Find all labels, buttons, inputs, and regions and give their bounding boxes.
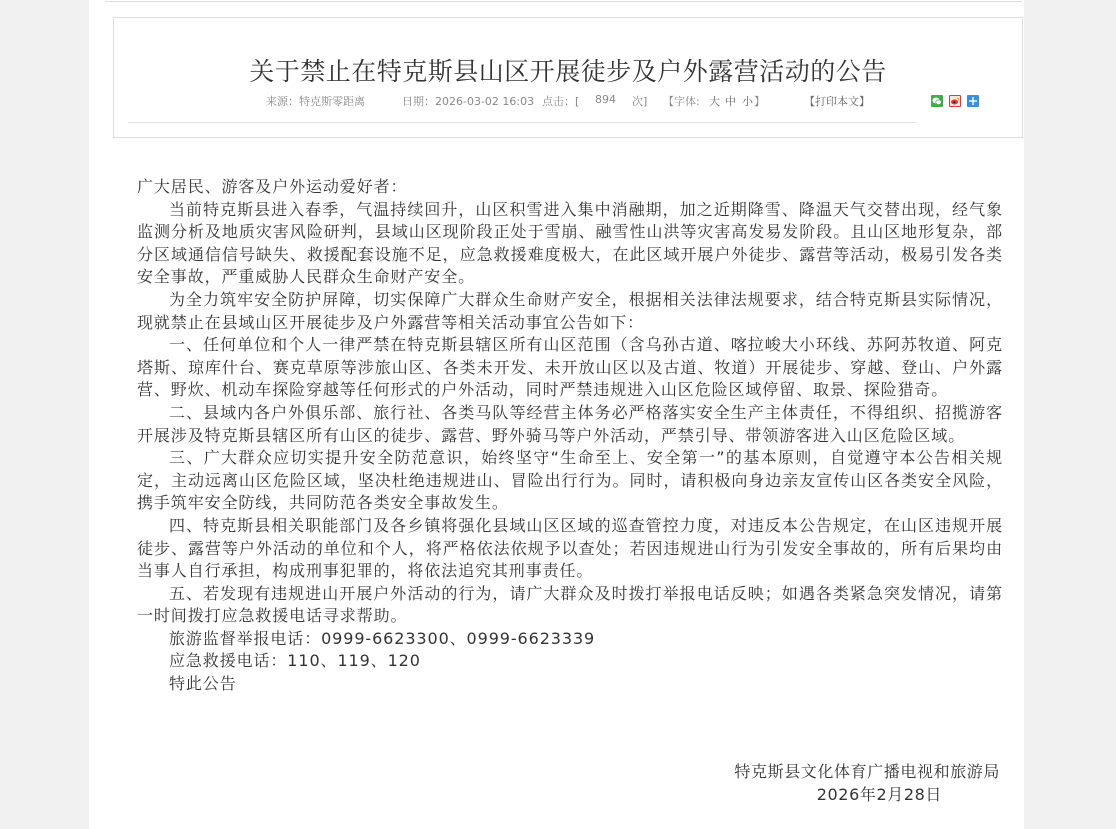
tourism-hotline: 旅游监督举报电话：0999-6623300、0999-6623339 <box>137 628 1003 651</box>
emergency-hotline: 应急救援电话：110、119、120 <box>137 650 1003 673</box>
publish-date: 日期：2026-03-02 16:03 <box>402 93 534 109</box>
article-header: 关于禁止在特克斯县山区开展徒步及户外露营活动的公告 来源：特克斯零距离 日期：2… <box>113 17 1023 138</box>
paragraph-rule-3: 三、广大群众应切实提升安全防范意识，始终坚守“生命至上、安全第一”的基本原则，自… <box>137 447 1003 515</box>
clicks-suffix: 次] <box>632 93 647 109</box>
paragraph-rule-1: 一、任何单位和个人一律严禁在特克斯县辖区所有山区范围（含乌孙古道、喀拉峻大小环线… <box>137 334 1003 402</box>
font-size-prefix: 【字体: <box>663 93 700 109</box>
wechat-icon[interactable] <box>931 95 943 107</box>
print-article-link[interactable]: 【打印本文】 <box>804 93 870 109</box>
paragraph-background: 当前特克斯县进入春季，气温持续回升，山区积雪进入集中消融期，加之近期降雪、降温天… <box>137 199 1003 289</box>
closing-text: 特此公告 <box>137 673 1003 696</box>
paragraph-rule-4: 四、特克斯县相关职能部门及各乡镇将强化县域山区区域的巡查管控力度，对违反本公告规… <box>137 515 1003 583</box>
article-title: 关于禁止在特克斯县山区开展徒步及户外露营活动的公告 <box>114 52 1022 88</box>
plus-share-icon[interactable] <box>967 95 979 107</box>
issuing-organization: 特克斯县文化体育广播电视和旅游局 <box>700 760 1000 783</box>
clicks-prefix: 点击：[ <box>542 93 579 109</box>
weibo-icon[interactable] <box>949 95 961 107</box>
paragraph-rule-5: 五、若发现有违规进山开展户外活动的行为，请广大群众及时拨打举报电话反映；如遇各类… <box>137 583 1003 628</box>
paragraph-purpose: 为全力筑牢安全防护屏障，切实保障广大群众生命财产安全，根据相关法律法规要求，结合… <box>137 289 1003 334</box>
signature-block: 特克斯县文化体育广播电视和旅游局 2026年2月28日 <box>700 760 1000 806</box>
font-size-suffix: 】 <box>754 93 765 109</box>
issue-date: 2026年2月28日 <box>700 783 1000 806</box>
font-large-link[interactable]: 大 <box>709 93 720 109</box>
source-label: 来源：特克斯零距离 <box>266 93 365 109</box>
header-divider <box>128 122 915 123</box>
font-small-link[interactable]: 小 <box>742 93 753 109</box>
click-count: 894 <box>595 93 616 106</box>
article-body: 广大居民、游客及户外运动爱好者： 当前特克斯县进入春季，气温持续回升，山区积雪进… <box>137 176 1003 696</box>
paragraph-rule-2: 二、县域内各户外俱乐部、旅行社、各类马队等经营主体务必严格落实安全生产主体责任，… <box>137 402 1003 447</box>
top-divider <box>105 0 1022 2</box>
font-medium-link[interactable]: 中 <box>725 93 736 109</box>
salutation: 广大居民、游客及户外运动爱好者： <box>137 176 1003 199</box>
